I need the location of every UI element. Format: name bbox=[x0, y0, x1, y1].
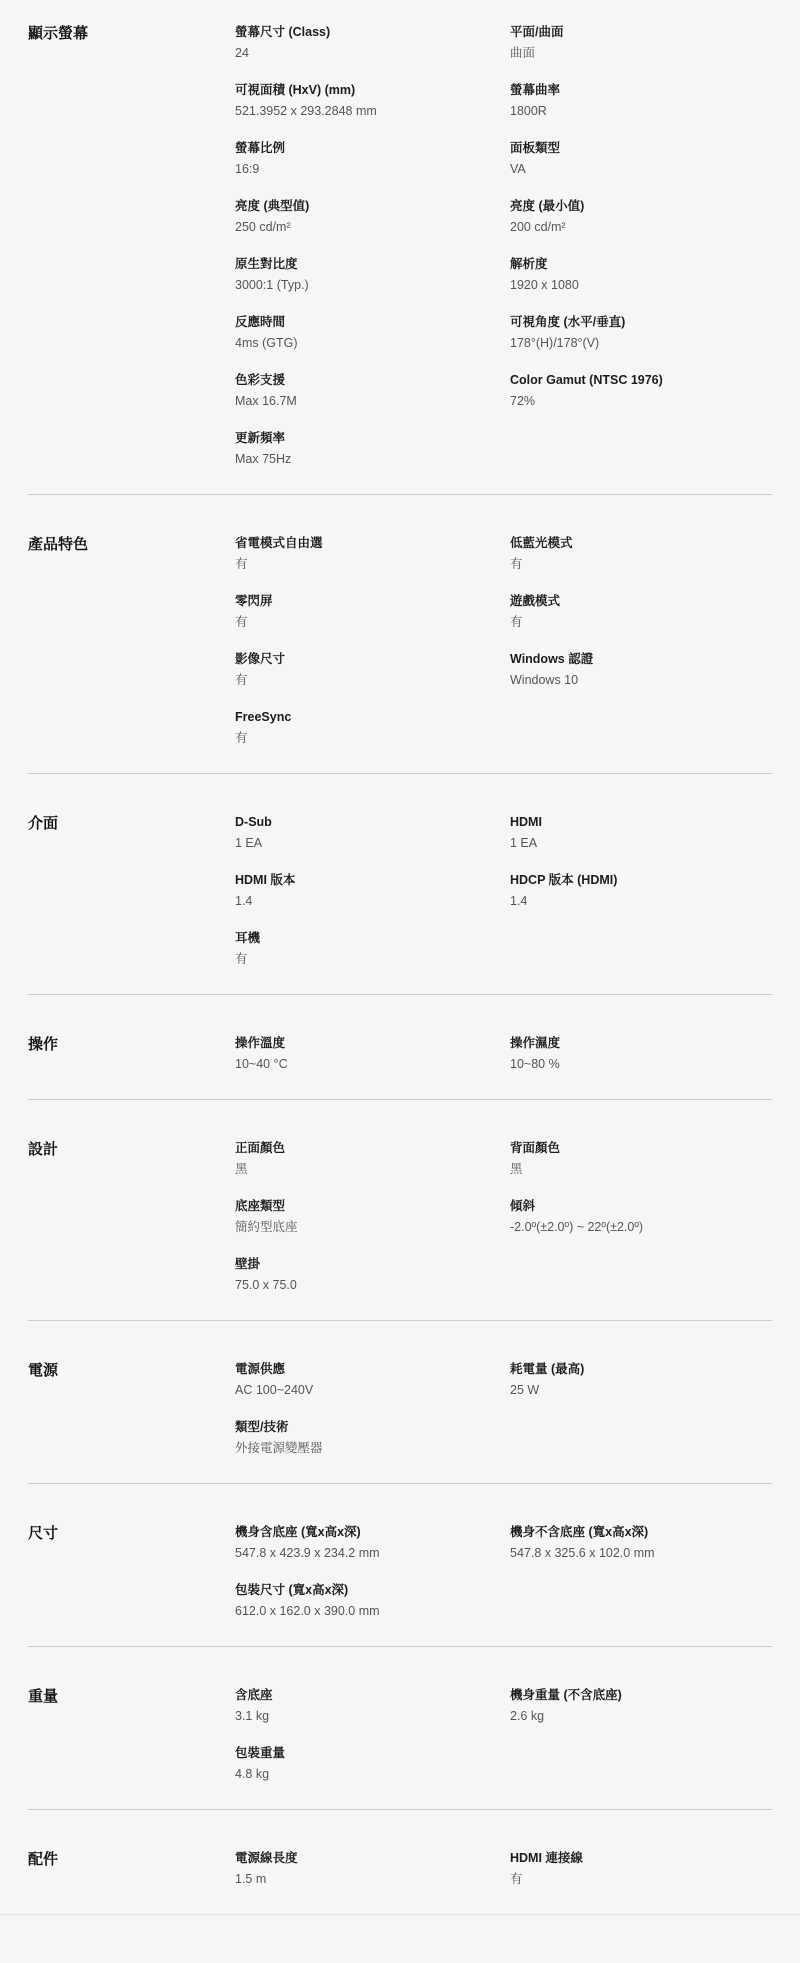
spec-row: 正面顏色黑背面顏色黑 bbox=[235, 1140, 772, 1178]
spec-value: 曲面 bbox=[510, 45, 760, 62]
section-divider bbox=[0, 1914, 800, 1915]
spec-label: 影像尺寸 bbox=[235, 651, 498, 668]
section-title-power: 電源 bbox=[28, 1361, 235, 1457]
spec-value: 547.8 x 423.9 x 234.2 mm bbox=[235, 1545, 498, 1562]
spec-label: 類型/技術 bbox=[235, 1419, 498, 1436]
spec-row: 零閃屏有遊戲模式有 bbox=[235, 593, 772, 631]
spec-rows-features: 省電模式自由選有低藍光模式有零閃屏有遊戲模式有影像尺寸有Windows 認證Wi… bbox=[235, 535, 772, 747]
section-accessories: 配件電源線長度1.5 mHDMI 連接線有 bbox=[28, 1810, 772, 1914]
spec-value: 1.4 bbox=[235, 893, 498, 910]
spec-item: 操作濕度10~80 % bbox=[510, 1035, 772, 1073]
spec-row: 更新頻率Max 75Hz bbox=[235, 430, 772, 468]
spec-item-empty bbox=[510, 709, 772, 747]
spec-label: HDCP 版本 (HDMI) bbox=[510, 872, 760, 889]
spec-value: 4ms (GTG) bbox=[235, 335, 498, 352]
spec-value: AC 100~240V bbox=[235, 1382, 498, 1399]
spec-value: 外接電源變壓器 bbox=[235, 1440, 498, 1457]
spec-row: 色彩支援Max 16.7MColor Gamut (NTSC 1976)72% bbox=[235, 372, 772, 410]
spec-label: 耗電量 (最高) bbox=[510, 1361, 760, 1378]
spec-label: 可視角度 (水平/垂直) bbox=[510, 314, 760, 331]
spec-label: 耳機 bbox=[235, 930, 498, 947]
spec-value: 24 bbox=[235, 45, 498, 62]
spec-item-empty bbox=[510, 1745, 772, 1783]
section-power: 電源電源供應AC 100~240V耗電量 (最高)25 W類型/技術外接電源變壓… bbox=[28, 1321, 772, 1483]
spec-label: 面板類型 bbox=[510, 140, 760, 157]
spec-value: 3.1 kg bbox=[235, 1708, 498, 1725]
spec-item: 機身含底座 (寬x高x深)547.8 x 423.9 x 234.2 mm bbox=[235, 1524, 510, 1562]
spec-item: 耳機有 bbox=[235, 930, 510, 968]
spec-value: VA bbox=[510, 161, 760, 178]
section-interface: 介面D-Sub1 EAHDMI1 EAHDMI 版本1.4HDCP 版本 (HD… bbox=[28, 774, 772, 994]
spec-label: 包裝重量 bbox=[235, 1745, 498, 1762]
spec-row: D-Sub1 EAHDMI1 EA bbox=[235, 814, 772, 852]
spec-label: 背面顏色 bbox=[510, 1140, 760, 1157]
spec-label: 亮度 (最小值) bbox=[510, 198, 760, 215]
spec-label: 零閃屏 bbox=[235, 593, 498, 610]
section-weight: 重量含底座3.1 kg機身重量 (不含底座)2.6 kg包裝重量4.8 kg bbox=[28, 1647, 772, 1809]
spec-row: HDMI 版本1.4HDCP 版本 (HDMI)1.4 bbox=[235, 872, 772, 910]
spec-value: -2.0º(±2.0º) ~ 22º(±2.0º) bbox=[510, 1219, 760, 1236]
spec-row: 原生對比度3000:1 (Typ.)解析度1920 x 1080 bbox=[235, 256, 772, 294]
spec-row: 類型/技術外接電源變壓器 bbox=[235, 1419, 772, 1457]
spec-item: 亮度 (最小值)200 cd/m² bbox=[510, 198, 772, 236]
spec-label: 機身含底座 (寬x高x深) bbox=[235, 1524, 498, 1541]
spec-label: 解析度 bbox=[510, 256, 760, 273]
spec-value: 200 cd/m² bbox=[510, 219, 760, 236]
spec-label: 壁掛 bbox=[235, 1256, 498, 1273]
spec-label: 機身重量 (不含底座) bbox=[510, 1687, 760, 1704]
spec-item: 可視面積 (HxV) (mm)521.3952 x 293.2848 mm bbox=[235, 82, 510, 120]
spec-value: 10~40 °C bbox=[235, 1056, 498, 1073]
section-title-design: 設計 bbox=[28, 1140, 235, 1294]
spec-item-empty bbox=[510, 1419, 772, 1457]
spec-item: 背面顏色黑 bbox=[510, 1140, 772, 1178]
spec-item: 耗電量 (最高)25 W bbox=[510, 1361, 772, 1399]
spec-label: D-Sub bbox=[235, 814, 498, 831]
spec-label: 電源供應 bbox=[235, 1361, 498, 1378]
spec-item: 遊戲模式有 bbox=[510, 593, 772, 631]
spec-row: 電源線長度1.5 mHDMI 連接線有 bbox=[235, 1850, 772, 1888]
spec-item: 傾斜-2.0º(±2.0º) ~ 22º(±2.0º) bbox=[510, 1198, 772, 1236]
spec-item: HDMI 版本1.4 bbox=[235, 872, 510, 910]
spec-item: 平面/曲面曲面 bbox=[510, 24, 772, 62]
spec-item: 零閃屏有 bbox=[235, 593, 510, 631]
spec-row: 包裝尺寸 (寬x高x深)612.0 x 162.0 x 390.0 mm bbox=[235, 1582, 772, 1620]
spec-item: 亮度 (典型值)250 cd/m² bbox=[235, 198, 510, 236]
spec-value: 有 bbox=[235, 556, 498, 573]
spec-item: 省電模式自由選有 bbox=[235, 535, 510, 573]
spec-label: 螢幕曲率 bbox=[510, 82, 760, 99]
spec-value: 10~80 % bbox=[510, 1056, 760, 1073]
spec-label: HDMI bbox=[510, 814, 760, 831]
spec-row: 螢幕比例16:9面板類型VA bbox=[235, 140, 772, 178]
spec-label: 正面顏色 bbox=[235, 1140, 498, 1157]
spec-item: Windows 認證Windows 10 bbox=[510, 651, 772, 689]
spec-item: 低藍光模式有 bbox=[510, 535, 772, 573]
spec-item: 螢幕曲率1800R bbox=[510, 82, 772, 120]
spec-rows-power: 電源供應AC 100~240V耗電量 (最高)25 W類型/技術外接電源變壓器 bbox=[235, 1361, 772, 1457]
spec-rows-interface: D-Sub1 EAHDMI1 EAHDMI 版本1.4HDCP 版本 (HDMI… bbox=[235, 814, 772, 968]
spec-label: 操作濕度 bbox=[510, 1035, 760, 1052]
spec-value: 1.5 m bbox=[235, 1871, 498, 1888]
spec-value: Windows 10 bbox=[510, 672, 760, 689]
spec-label: FreeSync bbox=[235, 709, 498, 726]
spec-label: 含底座 bbox=[235, 1687, 498, 1704]
spec-item-empty bbox=[510, 1256, 772, 1294]
spec-value: 有 bbox=[510, 1871, 760, 1888]
spec-item-empty bbox=[510, 430, 772, 468]
spec-value: 1.4 bbox=[510, 893, 760, 910]
spec-item: 操作溫度10~40 °C bbox=[235, 1035, 510, 1073]
spec-value: 有 bbox=[235, 614, 498, 631]
spec-rows-display: 螢幕尺寸 (Class)24平面/曲面曲面可視面積 (HxV) (mm)521.… bbox=[235, 24, 772, 468]
spec-value: 黑 bbox=[510, 1161, 760, 1178]
section-title-interface: 介面 bbox=[28, 814, 235, 968]
spec-item: D-Sub1 EA bbox=[235, 814, 510, 852]
spec-item: 影像尺寸有 bbox=[235, 651, 510, 689]
spec-item: HDMI1 EA bbox=[510, 814, 772, 852]
spec-label: HDMI 版本 bbox=[235, 872, 498, 889]
spec-item: 可視角度 (水平/垂直)178°(H)/178°(V) bbox=[510, 314, 772, 352]
spec-value: Max 75Hz bbox=[235, 451, 498, 468]
spec-value: 25 W bbox=[510, 1382, 760, 1399]
spec-value: 178°(H)/178°(V) bbox=[510, 335, 760, 352]
spec-item: FreeSync有 bbox=[235, 709, 510, 747]
spec-item: 面板類型VA bbox=[510, 140, 772, 178]
spec-value: 16:9 bbox=[235, 161, 498, 178]
spec-item: 含底座3.1 kg bbox=[235, 1687, 510, 1725]
spec-label: 色彩支援 bbox=[235, 372, 498, 389]
spec-label: 底座類型 bbox=[235, 1198, 498, 1215]
spec-item: 電源供應AC 100~240V bbox=[235, 1361, 510, 1399]
spec-label: 省電模式自由選 bbox=[235, 535, 498, 552]
spec-item: 更新頻率Max 75Hz bbox=[235, 430, 510, 468]
spec-value: 547.8 x 325.6 x 102.0 mm bbox=[510, 1545, 760, 1562]
spec-rows-design: 正面顏色黑背面顏色黑底座類型簡約型底座傾斜-2.0º(±2.0º) ~ 22º(… bbox=[235, 1140, 772, 1294]
spec-row: 亮度 (典型值)250 cd/m²亮度 (最小值)200 cd/m² bbox=[235, 198, 772, 236]
section-title-accessories: 配件 bbox=[28, 1850, 235, 1888]
spec-item: 機身重量 (不含底座)2.6 kg bbox=[510, 1687, 772, 1725]
spec-row: 耳機有 bbox=[235, 930, 772, 968]
spec-item: 螢幕比例16:9 bbox=[235, 140, 510, 178]
spec-label: 更新頻率 bbox=[235, 430, 498, 447]
spec-value: 521.3952 x 293.2848 mm bbox=[235, 103, 498, 120]
section-features: 產品特色省電模式自由選有低藍光模式有零閃屏有遊戲模式有影像尺寸有Windows … bbox=[28, 495, 772, 773]
spec-label: 螢幕比例 bbox=[235, 140, 498, 157]
spec-item: HDMI 連接線有 bbox=[510, 1850, 772, 1888]
spec-value: 3000:1 (Typ.) bbox=[235, 277, 498, 294]
spec-value: 4.8 kg bbox=[235, 1766, 498, 1783]
spec-row: 螢幕尺寸 (Class)24平面/曲面曲面 bbox=[235, 24, 772, 62]
spec-value: 2.6 kg bbox=[510, 1708, 760, 1725]
spec-row: 機身含底座 (寬x高x深)547.8 x 423.9 x 234.2 mm機身不… bbox=[235, 1524, 772, 1562]
spec-label: 傾斜 bbox=[510, 1198, 760, 1215]
spec-value: 72% bbox=[510, 393, 760, 410]
spec-item: HDCP 版本 (HDMI)1.4 bbox=[510, 872, 772, 910]
spec-item: 類型/技術外接電源變壓器 bbox=[235, 1419, 510, 1457]
spec-label: 包裝尺寸 (寬x高x深) bbox=[235, 1582, 498, 1599]
spec-value: Max 16.7M bbox=[235, 393, 498, 410]
spec-value: 1 EA bbox=[510, 835, 760, 852]
section-title-display: 顯示螢幕 bbox=[28, 24, 235, 468]
spec-row: FreeSync有 bbox=[235, 709, 772, 747]
spec-value: 1800R bbox=[510, 103, 760, 120]
spec-item-empty bbox=[510, 930, 772, 968]
spec-label: 平面/曲面 bbox=[510, 24, 760, 41]
section-dimensions: 尺寸機身含底座 (寬x高x深)547.8 x 423.9 x 234.2 mm機… bbox=[28, 1484, 772, 1646]
spec-rows-accessories: 電源線長度1.5 mHDMI 連接線有 bbox=[235, 1850, 772, 1888]
section-title-operation: 操作 bbox=[28, 1035, 235, 1073]
spec-label: 操作溫度 bbox=[235, 1035, 498, 1052]
spec-page: 顯示螢幕螢幕尺寸 (Class)24平面/曲面曲面可視面積 (HxV) (mm)… bbox=[0, 0, 800, 1935]
spec-item: 機身不含底座 (寬x高x深)547.8 x 325.6 x 102.0 mm bbox=[510, 1524, 772, 1562]
section-title-dimensions: 尺寸 bbox=[28, 1524, 235, 1620]
spec-item: 包裝尺寸 (寬x高x深)612.0 x 162.0 x 390.0 mm bbox=[235, 1582, 510, 1620]
spec-item: 電源線長度1.5 m bbox=[235, 1850, 510, 1888]
section-title-features: 產品特色 bbox=[28, 535, 235, 747]
spec-item: 正面顏色黑 bbox=[235, 1140, 510, 1178]
spec-value: 1 EA bbox=[235, 835, 498, 852]
spec-label: 遊戲模式 bbox=[510, 593, 760, 610]
spec-item: 底座類型簡約型底座 bbox=[235, 1198, 510, 1236]
spec-value: 有 bbox=[235, 730, 498, 747]
spec-value: 250 cd/m² bbox=[235, 219, 498, 236]
spec-label: HDMI 連接線 bbox=[510, 1850, 760, 1867]
spec-item: 反應時間4ms (GTG) bbox=[235, 314, 510, 352]
spec-item: 包裝重量4.8 kg bbox=[235, 1745, 510, 1783]
spec-row: 反應時間4ms (GTG)可視角度 (水平/垂直)178°(H)/178°(V) bbox=[235, 314, 772, 352]
spec-item: 原生對比度3000:1 (Typ.) bbox=[235, 256, 510, 294]
spec-label: 機身不含底座 (寬x高x深) bbox=[510, 1524, 760, 1541]
spec-item: Color Gamut (NTSC 1976)72% bbox=[510, 372, 772, 410]
section-operation: 操作操作溫度10~40 °C操作濕度10~80 % bbox=[28, 995, 772, 1099]
spec-rows-dimensions: 機身含底座 (寬x高x深)547.8 x 423.9 x 234.2 mm機身不… bbox=[235, 1524, 772, 1620]
spec-row: 操作溫度10~40 °C操作濕度10~80 % bbox=[235, 1035, 772, 1073]
spec-item: 螢幕尺寸 (Class)24 bbox=[235, 24, 510, 62]
section-design: 設計正面顏色黑背面顏色黑底座類型簡約型底座傾斜-2.0º(±2.0º) ~ 22… bbox=[28, 1100, 772, 1320]
spec-row: 影像尺寸有Windows 認證Windows 10 bbox=[235, 651, 772, 689]
spec-row: 包裝重量4.8 kg bbox=[235, 1745, 772, 1783]
spec-value: 612.0 x 162.0 x 390.0 mm bbox=[235, 1603, 498, 1620]
spec-row: 壁掛75.0 x 75.0 bbox=[235, 1256, 772, 1294]
section-title-weight: 重量 bbox=[28, 1687, 235, 1783]
spec-value: 有 bbox=[235, 951, 498, 968]
spec-item: 解析度1920 x 1080 bbox=[510, 256, 772, 294]
spec-label: 可視面積 (HxV) (mm) bbox=[235, 82, 498, 99]
spec-value: 有 bbox=[235, 672, 498, 689]
spec-row: 底座類型簡約型底座傾斜-2.0º(±2.0º) ~ 22º(±2.0º) bbox=[235, 1198, 772, 1236]
spec-item: 色彩支援Max 16.7M bbox=[235, 372, 510, 410]
spec-value: 1920 x 1080 bbox=[510, 277, 760, 294]
spec-label: 原生對比度 bbox=[235, 256, 498, 273]
spec-value: 有 bbox=[510, 614, 760, 631]
spec-value: 簡約型底座 bbox=[235, 1219, 498, 1236]
section-display: 顯示螢幕螢幕尺寸 (Class)24平面/曲面曲面可視面積 (HxV) (mm)… bbox=[28, 24, 772, 494]
spec-row: 省電模式自由選有低藍光模式有 bbox=[235, 535, 772, 573]
spec-label: Color Gamut (NTSC 1976) bbox=[510, 372, 760, 389]
spec-rows-weight: 含底座3.1 kg機身重量 (不含底座)2.6 kg包裝重量4.8 kg bbox=[235, 1687, 772, 1783]
spec-row: 可視面積 (HxV) (mm)521.3952 x 293.2848 mm螢幕曲… bbox=[235, 82, 772, 120]
spec-value: 黑 bbox=[235, 1161, 498, 1178]
spec-item-empty bbox=[510, 1582, 772, 1620]
spec-label: 電源線長度 bbox=[235, 1850, 498, 1867]
spec-label: 反應時間 bbox=[235, 314, 498, 331]
spec-label: 亮度 (典型值) bbox=[235, 198, 498, 215]
spec-label: 低藍光模式 bbox=[510, 535, 760, 552]
spec-label: 螢幕尺寸 (Class) bbox=[235, 24, 498, 41]
spec-label: Windows 認證 bbox=[510, 651, 760, 668]
spec-row: 電源供應AC 100~240V耗電量 (最高)25 W bbox=[235, 1361, 772, 1399]
spec-item: 壁掛75.0 x 75.0 bbox=[235, 1256, 510, 1294]
spec-value: 有 bbox=[510, 556, 760, 573]
spec-row: 含底座3.1 kg機身重量 (不含底座)2.6 kg bbox=[235, 1687, 772, 1725]
spec-value: 75.0 x 75.0 bbox=[235, 1277, 498, 1294]
spec-rows-operation: 操作溫度10~40 °C操作濕度10~80 % bbox=[235, 1035, 772, 1073]
